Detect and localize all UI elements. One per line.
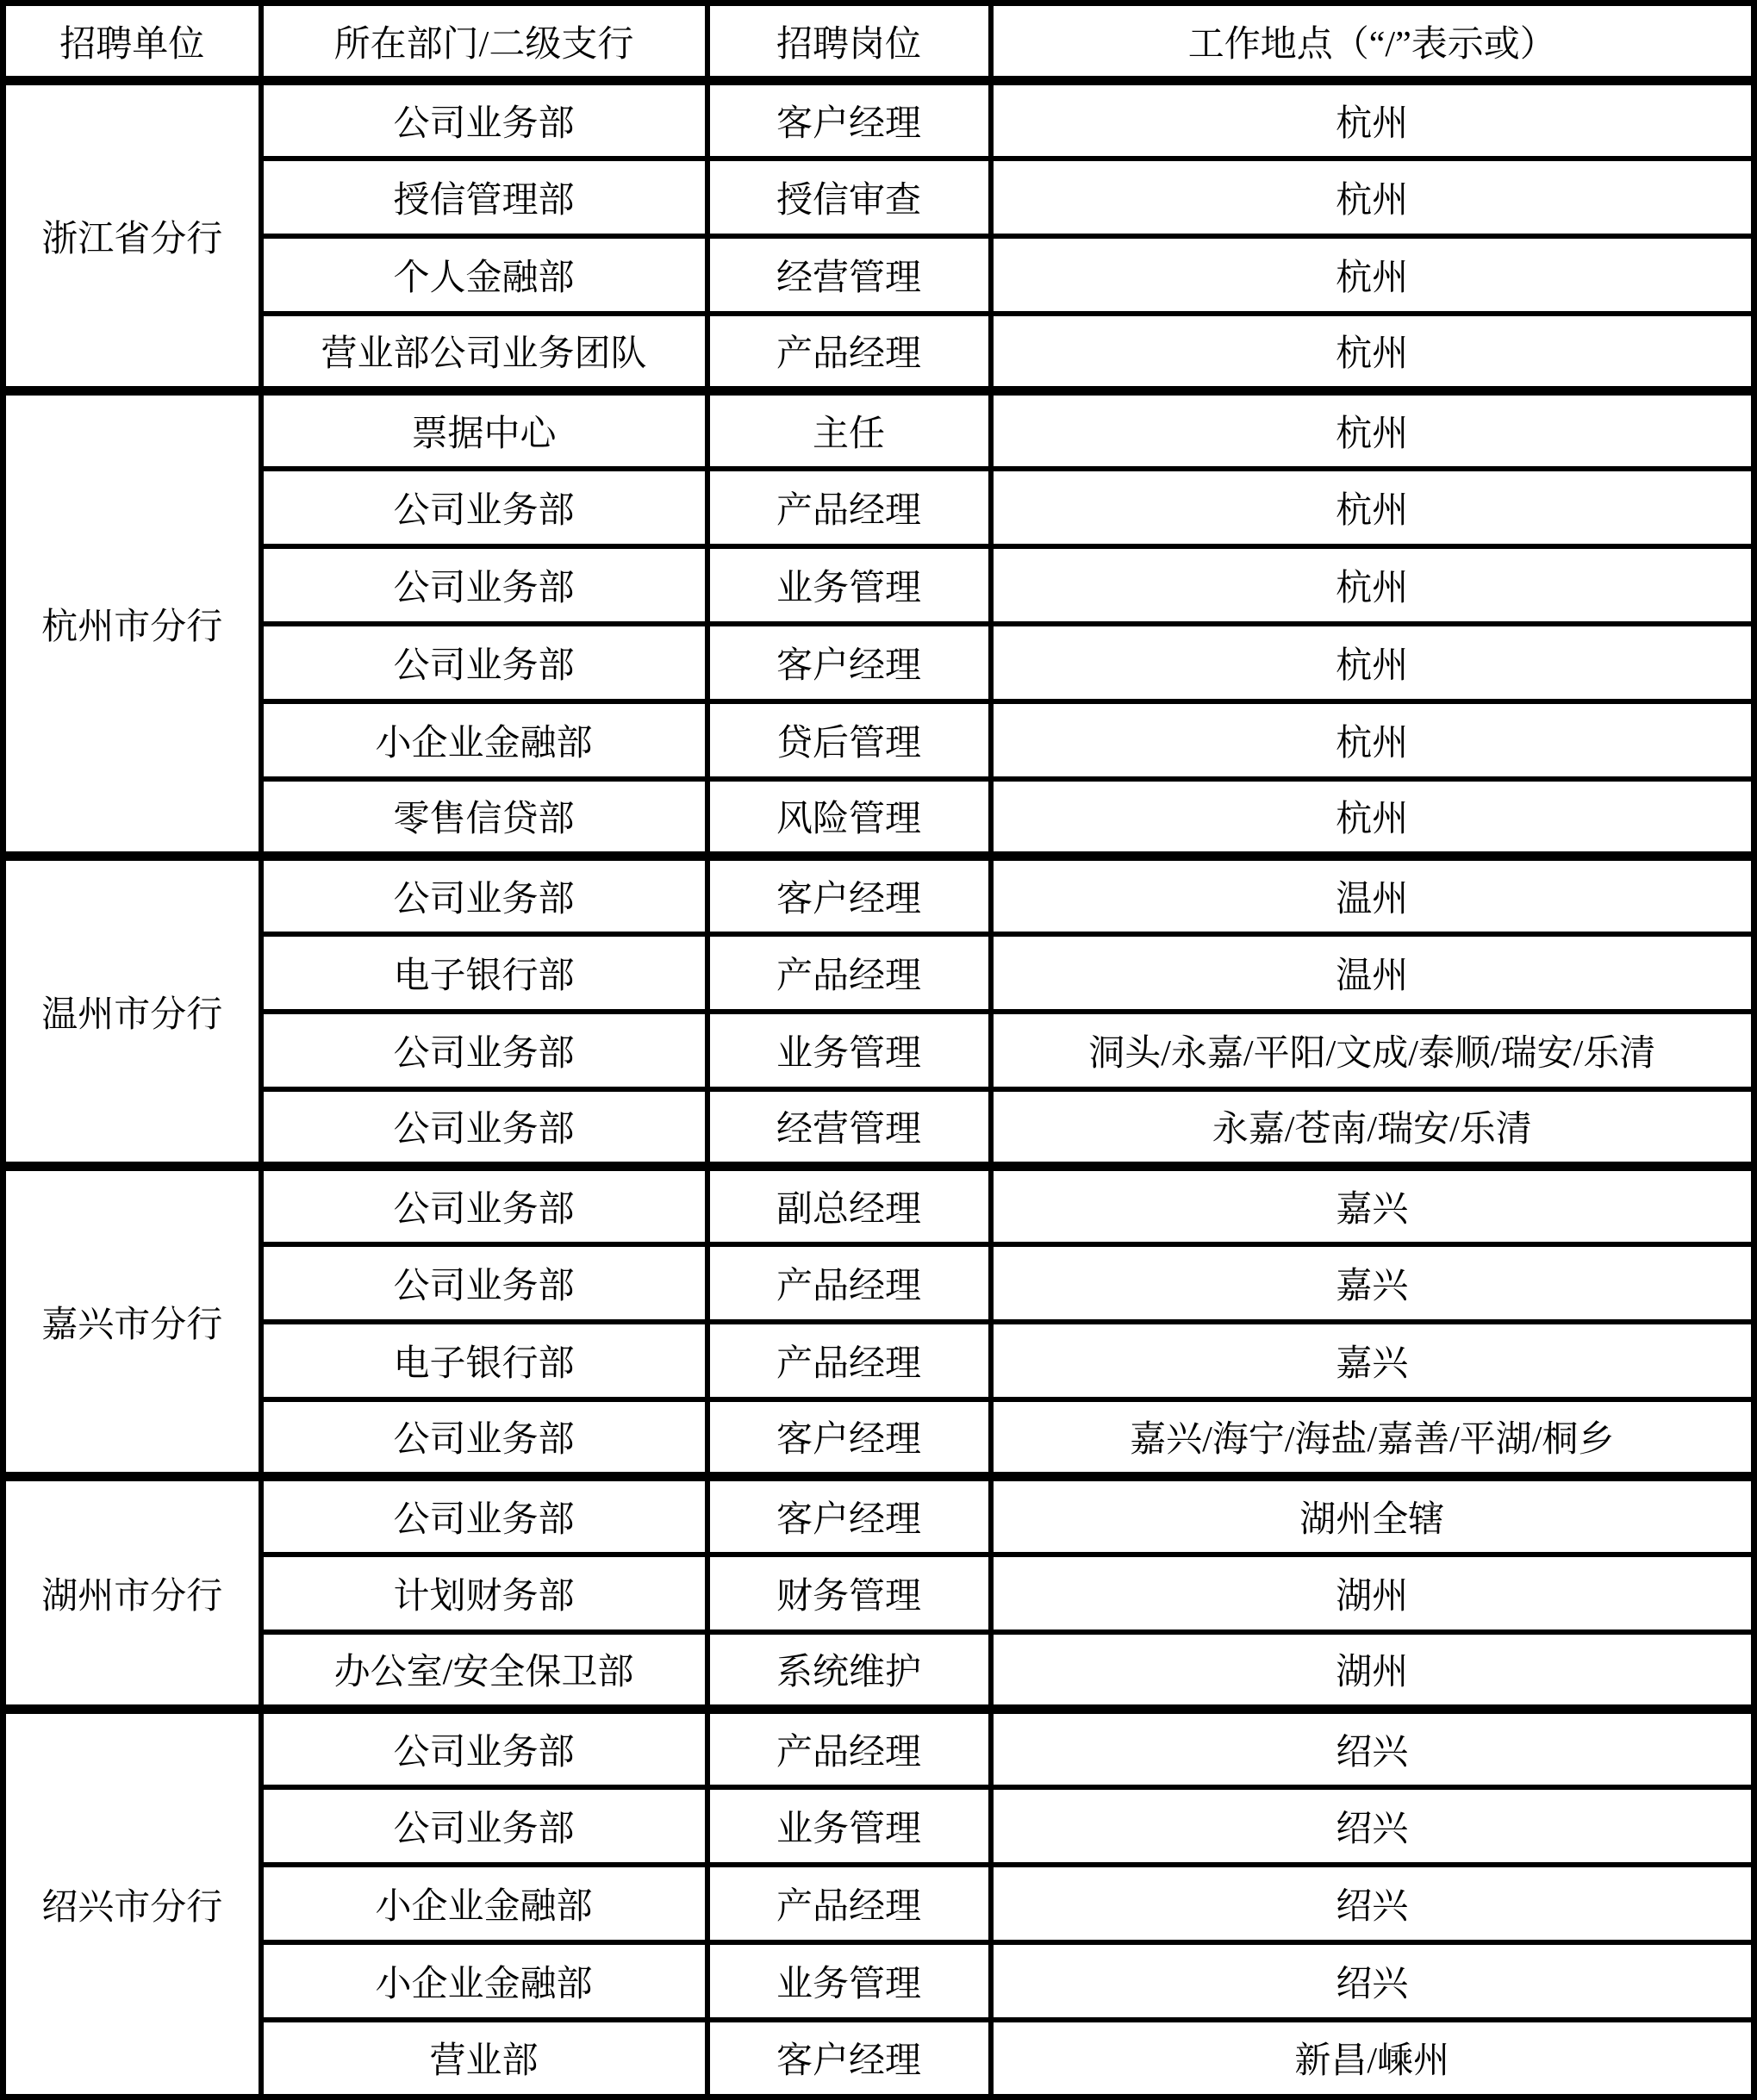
position-cell: 业务管理 (707, 546, 991, 624)
document-page: 招聘单位 所在部门/二级支行 招聘岗位 工作地点（“/”表示或） 浙江省分行 公… (0, 0, 1757, 2096)
dept-cell: 办公室/安全保卫部 (261, 1632, 707, 1710)
dept-cell: 公司业务部 (261, 546, 707, 624)
position-cell: 风险管理 (707, 779, 991, 857)
location-cell: 湖州全辖 (991, 1477, 1754, 1555)
dept-cell: 营业部 (261, 2020, 707, 2097)
dept-cell: 公司业务部 (261, 1787, 707, 1865)
dept-cell: 零售信贷部 (261, 779, 707, 857)
position-cell: 业务管理 (707, 1012, 991, 1089)
position-cell: 业务管理 (707, 1787, 991, 1865)
position-cell: 产品经理 (707, 469, 991, 546)
dept-cell: 公司业务部 (261, 1244, 707, 1322)
table-row: 计划财务部 财务管理 湖州 (3, 1555, 1754, 1632)
table-row: 电子银行部 产品经理 嘉兴 (3, 1322, 1754, 1399)
position-cell: 产品经理 (707, 314, 991, 391)
position-cell: 授信审查 (707, 159, 991, 236)
location-cell: 嘉兴 (991, 1167, 1754, 1244)
column-header-dept: 所在部门/二级支行 (261, 3, 707, 81)
location-cell: 嘉兴/海宁/海盐/嘉善/平湖/桐乡 (991, 1399, 1754, 1477)
unit-cell-jiaxing: 嘉兴市分行 (3, 1167, 261, 1477)
location-cell: 绍兴 (991, 1710, 1754, 1787)
table-row: 公司业务部 产品经理 嘉兴 (3, 1244, 1754, 1322)
table-row: 温州市分行 公司业务部 客户经理 温州 (3, 857, 1754, 934)
location-cell: 杭州 (991, 779, 1754, 857)
position-cell: 产品经理 (707, 934, 991, 1012)
header-row: 招聘单位 所在部门/二级支行 招聘岗位 工作地点（“/”表示或） (3, 3, 1754, 81)
location-cell: 新昌/嵊州 (991, 2020, 1754, 2097)
position-cell: 客户经理 (707, 2020, 991, 2097)
dept-cell: 公司业务部 (261, 1167, 707, 1244)
table-row: 小企业金融部 业务管理 绍兴 (3, 1942, 1754, 2020)
position-cell: 财务管理 (707, 1555, 991, 1632)
dept-cell: 营业部公司业务团队 (261, 314, 707, 391)
unit-cell-zhejiang: 浙江省分行 (3, 81, 261, 391)
column-header-unit: 招聘单位 (3, 3, 261, 81)
unit-cell-hangzhou: 杭州市分行 (3, 391, 261, 857)
location-cell: 湖州 (991, 1632, 1754, 1710)
position-cell: 主任 (707, 391, 991, 469)
table-row: 个人金融部 经营管理 杭州 (3, 236, 1754, 314)
table-row: 营业部公司业务团队 产品经理 杭州 (3, 314, 1754, 391)
unit-cell-huzhou: 湖州市分行 (3, 1477, 261, 1710)
dept-cell: 小企业金融部 (261, 1865, 707, 1942)
position-cell: 贷后管理 (707, 701, 991, 779)
location-cell: 杭州 (991, 314, 1754, 391)
dept-cell: 公司业务部 (261, 1710, 707, 1787)
dept-cell: 公司业务部 (261, 1477, 707, 1555)
position-cell: 产品经理 (707, 1865, 991, 1942)
recruitment-table: 招聘单位 所在部门/二级支行 招聘岗位 工作地点（“/”表示或） 浙江省分行 公… (0, 0, 1757, 2100)
location-cell: 杭州 (991, 701, 1754, 779)
position-cell: 系统维护 (707, 1632, 991, 1710)
table-row: 零售信贷部 风险管理 杭州 (3, 779, 1754, 857)
table-row: 公司业务部 业务管理 绍兴 (3, 1787, 1754, 1865)
column-header-location: 工作地点（“/”表示或） (991, 3, 1754, 81)
table-row: 办公室/安全保卫部 系统维护 湖州 (3, 1632, 1754, 1710)
dept-cell: 公司业务部 (261, 1399, 707, 1477)
location-cell: 永嘉/苍南/瑞安/乐清 (991, 1089, 1754, 1167)
dept-cell: 公司业务部 (261, 81, 707, 159)
location-cell: 湖州 (991, 1555, 1754, 1632)
location-cell: 绍兴 (991, 1865, 1754, 1942)
dept-cell: 计划财务部 (261, 1555, 707, 1632)
dept-cell: 授信管理部 (261, 159, 707, 236)
column-header-position: 招聘岗位 (707, 3, 991, 81)
position-cell: 副总经理 (707, 1167, 991, 1244)
dept-cell: 公司业务部 (261, 1089, 707, 1167)
table-row: 杭州市分行 票据中心 主任 杭州 (3, 391, 1754, 469)
position-cell: 产品经理 (707, 1244, 991, 1322)
location-cell: 绍兴 (991, 1942, 1754, 2020)
position-cell: 客户经理 (707, 1477, 991, 1555)
table-row: 嘉兴市分行 公司业务部 副总经理 嘉兴 (3, 1167, 1754, 1244)
dept-cell: 小企业金融部 (261, 701, 707, 779)
table-row: 浙江省分行 公司业务部 客户经理 杭州 (3, 81, 1754, 159)
dept-cell: 公司业务部 (261, 857, 707, 934)
table-row: 公司业务部 产品经理 杭州 (3, 469, 1754, 546)
location-cell: 温州 (991, 857, 1754, 934)
dept-cell: 个人金融部 (261, 236, 707, 314)
position-cell: 经营管理 (707, 236, 991, 314)
position-cell: 客户经理 (707, 624, 991, 701)
table-row: 绍兴市分行 公司业务部 产品经理 绍兴 (3, 1710, 1754, 1787)
dept-cell: 票据中心 (261, 391, 707, 469)
location-cell: 杭州 (991, 236, 1754, 314)
dept-cell: 小企业金融部 (261, 1942, 707, 2020)
table-row: 营业部 客户经理 新昌/嵊州 (3, 2020, 1754, 2097)
location-cell: 洞头/永嘉/平阳/文成/泰顺/瑞安/乐清 (991, 1012, 1754, 1089)
position-cell: 客户经理 (707, 857, 991, 934)
table-row: 公司业务部 业务管理 杭州 (3, 546, 1754, 624)
position-cell: 经营管理 (707, 1089, 991, 1167)
location-cell: 杭州 (991, 624, 1754, 701)
dept-cell: 公司业务部 (261, 624, 707, 701)
table-row: 小企业金融部 产品经理 绍兴 (3, 1865, 1754, 1942)
location-cell: 杭州 (991, 391, 1754, 469)
location-cell: 杭州 (991, 159, 1754, 236)
position-cell: 业务管理 (707, 1942, 991, 2020)
location-cell: 杭州 (991, 81, 1754, 159)
position-cell: 产品经理 (707, 1322, 991, 1399)
unit-cell-shaoxing: 绍兴市分行 (3, 1710, 261, 2097)
table-row: 公司业务部 经营管理 永嘉/苍南/瑞安/乐清 (3, 1089, 1754, 1167)
dept-cell: 公司业务部 (261, 1012, 707, 1089)
position-cell: 产品经理 (707, 1710, 991, 1787)
position-cell: 客户经理 (707, 1399, 991, 1477)
table-row: 公司业务部 业务管理 洞头/永嘉/平阳/文成/泰顺/瑞安/乐清 (3, 1012, 1754, 1089)
dept-cell: 公司业务部 (261, 469, 707, 546)
location-cell: 杭州 (991, 546, 1754, 624)
location-cell: 嘉兴 (991, 1244, 1754, 1322)
location-cell: 温州 (991, 934, 1754, 1012)
dept-cell: 电子银行部 (261, 934, 707, 1012)
position-cell: 客户经理 (707, 81, 991, 159)
location-cell: 绍兴 (991, 1787, 1754, 1865)
dept-cell: 电子银行部 (261, 1322, 707, 1399)
table-row: 授信管理部 授信审查 杭州 (3, 159, 1754, 236)
table-row: 公司业务部 客户经理 嘉兴/海宁/海盐/嘉善/平湖/桐乡 (3, 1399, 1754, 1477)
location-cell: 嘉兴 (991, 1322, 1754, 1399)
location-cell: 杭州 (991, 469, 1754, 546)
table-row: 公司业务部 客户经理 杭州 (3, 624, 1754, 701)
table-row: 湖州市分行 公司业务部 客户经理 湖州全辖 (3, 1477, 1754, 1555)
unit-cell-wenzhou: 温州市分行 (3, 857, 261, 1167)
table-row: 电子银行部 产品经理 温州 (3, 934, 1754, 1012)
table-row: 小企业金融部 贷后管理 杭州 (3, 701, 1754, 779)
